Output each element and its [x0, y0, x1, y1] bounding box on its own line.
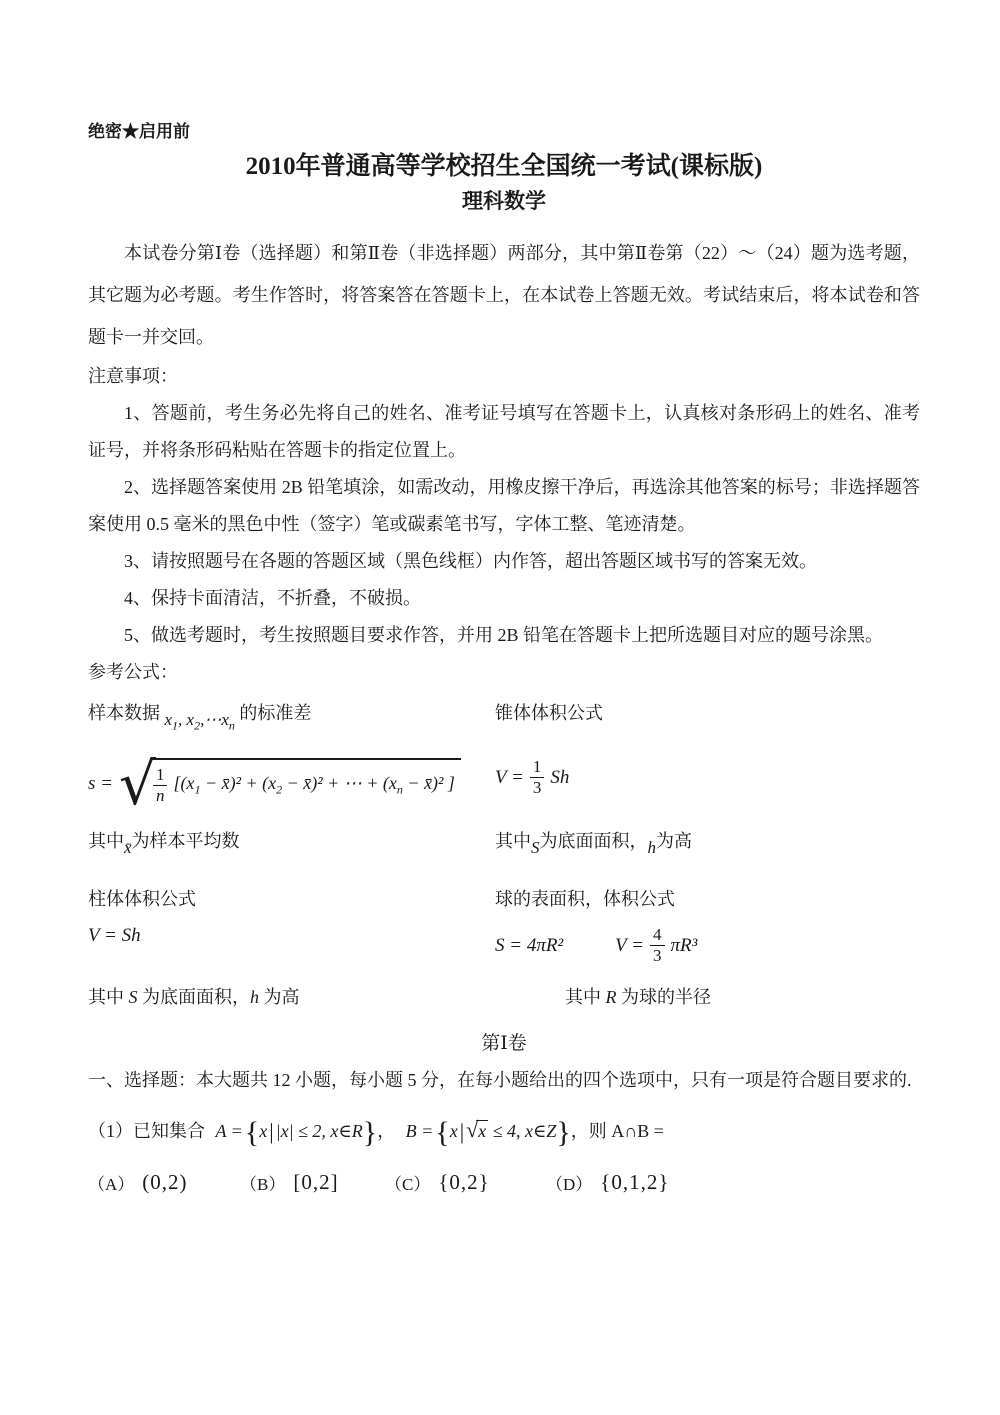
- note-post: 为样本平均数: [132, 831, 240, 851]
- separator: ，: [377, 1121, 395, 1141]
- question-1-options: （A） (0,2) （B） [0,2] （C） {0,2} （D） {0,1,2…: [88, 1170, 920, 1195]
- section-1-title: 第Ⅰ卷: [88, 1027, 920, 1061]
- option-A: （A） (0,2): [88, 1170, 240, 1195]
- option-A-value: (0,2): [142, 1170, 187, 1195]
- sphere-formulas: S = 4πR² V = 43 πR³: [495, 925, 920, 966]
- var-S: S: [129, 987, 138, 1007]
- fraction-1-over-3: 13: [530, 757, 545, 798]
- var-x1: x: [165, 710, 173, 729]
- classification-label: 绝密★启用前: [88, 120, 920, 144]
- option-D-value: {0,1,2}: [600, 1170, 669, 1195]
- sphere-note: 其中 R 为球的半径: [495, 983, 920, 1009]
- exam-title: 2010年普通高等学校招生全国统一考试(课标版): [88, 150, 920, 184]
- option-C-value: {0,2}: [438, 1170, 489, 1195]
- note-pre: 其中: [495, 831, 531, 851]
- note-post: 为高: [656, 831, 692, 851]
- expr-part: − x̄)² + ⋯ + (x: [282, 773, 397, 793]
- cone-rhs: Sh: [550, 767, 569, 789]
- var-h: h: [250, 987, 259, 1007]
- prism-formula-text: V = Sh: [88, 925, 141, 947]
- ref-row-labels-1: 样本数据 x1, x2,⋯xn 的标准差 锥体体积公式: [88, 699, 920, 747]
- note-pre: 其中: [88, 831, 124, 851]
- stddev-label-suffix: 的标准差: [239, 703, 311, 723]
- option-A-label: （A）: [88, 1170, 134, 1195]
- question-tail: ，则 A∩B =: [571, 1121, 664, 1141]
- close-brace: }: [556, 1116, 570, 1149]
- numerator: 4: [650, 925, 665, 946]
- option-D: （D） {0,1,2}: [546, 1170, 669, 1195]
- reference-formulas-heading: 参考公式：: [88, 654, 920, 691]
- expr-part: [(x: [173, 773, 194, 793]
- denominator: 3: [530, 778, 545, 798]
- stddev-lhs: s =: [88, 773, 113, 795]
- open-brace: {: [435, 1116, 449, 1149]
- prism-volume-label: 柱体体积公式: [88, 885, 495, 911]
- square-root: √ 1n [(x1 − x̄)² + (x2 − x̄)² + ⋯ + (xn …: [119, 757, 461, 811]
- exam-paper-page: 绝密★启用前 2010年普通高等学校招生全国统一考试(课标版) 理科数学 本试卷…: [0, 0, 1000, 1415]
- subscript: n: [229, 718, 235, 732]
- note-post: 为球的半径: [621, 987, 711, 1007]
- option-B: （B） [0,2]: [240, 1170, 385, 1195]
- stddev-formula: s = √ 1n [(x1 − x̄)² + (x2 − x̄)² + ⋯ + …: [88, 757, 495, 811]
- numerator: 1: [153, 765, 168, 786]
- x-bar-symbol: x̄: [124, 838, 132, 857]
- cone-lhs: V =: [495, 767, 524, 789]
- sample-sequence: x1, x2,⋯xn: [165, 710, 235, 729]
- var-S: S: [531, 838, 540, 857]
- question-number: （1）: [88, 1121, 133, 1141]
- note-pre: 其中: [88, 987, 124, 1007]
- notice-item-4: 4、保持卡面清洁，不折叠，不破损。: [88, 580, 920, 617]
- radicand-x: x: [476, 1120, 488, 1141]
- set-b-var: x: [450, 1121, 458, 1141]
- note-mid: 为底面面积，: [540, 831, 648, 851]
- stddev-label: 样本数据 x1, x2,⋯xn 的标准差: [88, 699, 495, 727]
- notice-item-1: 1、答题前，考生务必先将自己的姓名、准考证号填写在答题卡上，认真核对条形码上的姓…: [88, 395, 920, 469]
- note-post: 为高: [264, 987, 300, 1007]
- ref-row-notes-2: 其中 S 为底面面积，h 为高 其中 R 为球的半径: [88, 983, 920, 1021]
- reference-formulas-section: 样本数据 x1, x2,⋯xn 的标准差 锥体体积公式 s = √ 1n [(x…: [88, 699, 920, 1021]
- expr-part: − x̄)² ]: [403, 773, 455, 793]
- radicand: 1n [(x1 − x̄)² + (x2 − x̄)² + ⋯ + (xn − …: [151, 758, 461, 806]
- sphere-area-formula: S = 4πR²: [495, 935, 563, 957]
- notice-item-3: 3、请按照题号在各题的答题区域（黑色线框）内作答，超出答题区域书写的答案无效。: [88, 543, 920, 580]
- separator: ,: [178, 710, 187, 729]
- sphere-label: 球的表面积，体积公式: [495, 885, 920, 911]
- close-brace: }: [363, 1116, 377, 1149]
- cone-note: 其中S为底面面积，h为高: [495, 827, 920, 853]
- intro-paragraph: 本试卷分第Ⅰ卷（选择题）和第Ⅱ卷（非选择题）两部分，其中第Ⅱ卷第（22）～（24…: [88, 232, 920, 358]
- set-divider-bar: |: [458, 1119, 466, 1144]
- cone-volume-label: 锥体体积公式: [495, 699, 920, 725]
- exam-subject: 理科数学: [88, 186, 920, 216]
- set-b-name: B =: [406, 1121, 434, 1141]
- option-D-label: （D）: [546, 1170, 592, 1195]
- fraction-4-over-3: 43: [650, 925, 665, 966]
- set-divider-bar: |: [267, 1119, 275, 1144]
- denominator: 3: [650, 946, 665, 966]
- prism-volume-formula: V = Sh: [88, 925, 495, 947]
- question-1: （1）已知集合 A ={x||x| ≤ 2, x∈R}， B ={x|√x ≤ …: [88, 1107, 920, 1156]
- sum-of-squares-expression: [(x1 − x̄)² + (x2 − x̄)² + ⋯ + (xn − x̄)…: [173, 773, 455, 798]
- var-xn: x: [221, 710, 229, 729]
- option-C: （C） {0,2}: [385, 1170, 546, 1195]
- option-C-label: （C）: [385, 1170, 430, 1195]
- option-B-label: （B）: [240, 1170, 285, 1195]
- ref-row-labels-2: 柱体体积公式 球的表面积，体积公式: [88, 885, 920, 923]
- notice-heading: 注意事项：: [88, 358, 920, 395]
- fraction-1-over-n: 1n: [153, 765, 168, 806]
- note-mid: 为底面面积，: [142, 987, 250, 1007]
- ref-row-formulas-1: s = √ 1n [(x1 − x̄)² + (x2 − x̄)² + ⋯ + …: [88, 757, 920, 811]
- numerator: 1: [530, 757, 545, 778]
- stddev-label-prefix: 样本数据: [88, 703, 160, 723]
- note-pre: 其中: [565, 987, 601, 1007]
- choice-questions-heading: 一、选择题：本大题共 12 小题，每小题 5 分，在每小题给出的四个选项中，只有…: [88, 1061, 920, 1099]
- notice-item-2: 2、选择题答案使用 2B 铅笔填涂，如需改动，用橡皮擦干净后，再选涂其他答案的标…: [88, 469, 920, 543]
- cone-volume-formula: V = 13 Sh: [495, 757, 920, 798]
- var-R: R: [606, 987, 617, 1007]
- notice-item-5: 5、做选考题时，考生按照题目要求作答，并用 2B 铅笔在答题卡上把所选题目对应的…: [88, 617, 920, 654]
- set-a-name: A =: [216, 1121, 243, 1141]
- var-x2: x: [187, 710, 195, 729]
- denominator: n: [153, 786, 168, 806]
- mean-note: 其中x̄为样本平均数: [88, 827, 495, 853]
- set-b-condition: ≤ 4, x∈Z: [488, 1121, 556, 1141]
- prism-note: 其中 S 为底面面积，h 为高: [88, 983, 495, 1009]
- ref-row-notes-1: 其中x̄为样本平均数 其中S为底面面积，h为高: [88, 827, 920, 871]
- sphere-volume-lhs: V =: [615, 935, 644, 957]
- set-a-condition: |x| ≤ 2, x∈R: [276, 1121, 363, 1141]
- ref-row-formulas-2: V = Sh S = 4πR² V = 43 πR³: [88, 925, 920, 979]
- option-B-value: [0,2]: [293, 1170, 338, 1195]
- sphere-volume-rhs: πR³: [671, 935, 698, 957]
- expr-part: − x̄)² + (x: [200, 773, 276, 793]
- question-lead: 已知集合: [133, 1121, 205, 1141]
- open-brace: {: [245, 1116, 259, 1149]
- var-h: h: [648, 838, 657, 857]
- separator: ,⋯: [200, 710, 221, 729]
